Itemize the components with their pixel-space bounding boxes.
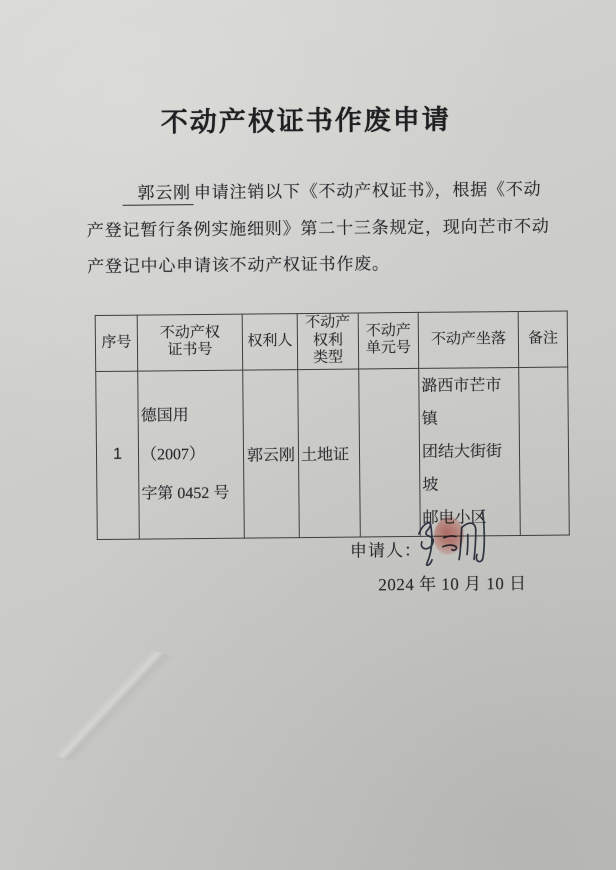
header-unit-no: 不动产 单元号 — [358, 312, 419, 368]
header-seq-no: 序号 — [95, 315, 138, 371]
cell-right-holder: 郭云刚 — [243, 369, 300, 538]
table-data-row: 1 德国用（2007） 字第 0452 号 郭云刚 土地证 潞西市芒市镇 团结大… — [96, 367, 570, 540]
cell-seq-no: 1 — [96, 371, 140, 539]
signature-block — [410, 503, 499, 574]
body-paragraph: 郭云刚申请注销以下《不动产权证书》，根据《不动 产登记暂行条例实施细则》第二十三… — [86, 172, 565, 286]
header-remarks: 备注 — [518, 311, 568, 367]
cell-right-type: 土地证 — [298, 369, 361, 538]
paragraph-line-3: 产登记中心申请该不动产权证书作废。 — [87, 245, 565, 286]
table-header-row: 序号 不动产权 证书号 权利人 不动产 权利 类型 不动产 单元号 不动产坐落 … — [95, 311, 568, 371]
document-content: 不动产权证书作废申请 郭云刚申请注销以下《不动产权证书》，根据《不动 产登记暂行… — [0, 0, 616, 870]
header-cert-no: 不动产权 证书号 — [137, 314, 243, 371]
header-right-type: 不动产 权利 类型 — [297, 313, 359, 369]
paragraph-line-1-text: 申请注销以下《不动产权证书》，根据《不动 — [194, 180, 542, 202]
paragraph-line-1: 郭云刚申请注销以下《不动产权证书》，根据《不动 — [86, 172, 564, 213]
signature-date: 2024 年 10 月 10 日 — [378, 569, 526, 595]
applicant-name-underlined: 郭云刚 — [122, 183, 194, 206]
document-title: 不动产权证书作废申请 — [0, 96, 614, 141]
cell-cert-no: 德国用（2007） 字第 0452 号 — [138, 370, 245, 539]
document-photo: { "title": "不动产权证书作废申请", "paragraph": { … — [0, 0, 616, 870]
cell-remarks — [519, 367, 570, 535]
header-right-holder: 权利人 — [242, 314, 298, 370]
header-location: 不动产坐落 — [418, 311, 519, 367]
paragraph-line-2: 产登记暂行条例实施细则》第二十三条规定，现向芒市不动 — [87, 208, 565, 249]
certificate-table: 序号 不动产权 证书号 权利人 不动产 权利 类型 不动产 单元号 不动产坐落 … — [95, 311, 570, 540]
